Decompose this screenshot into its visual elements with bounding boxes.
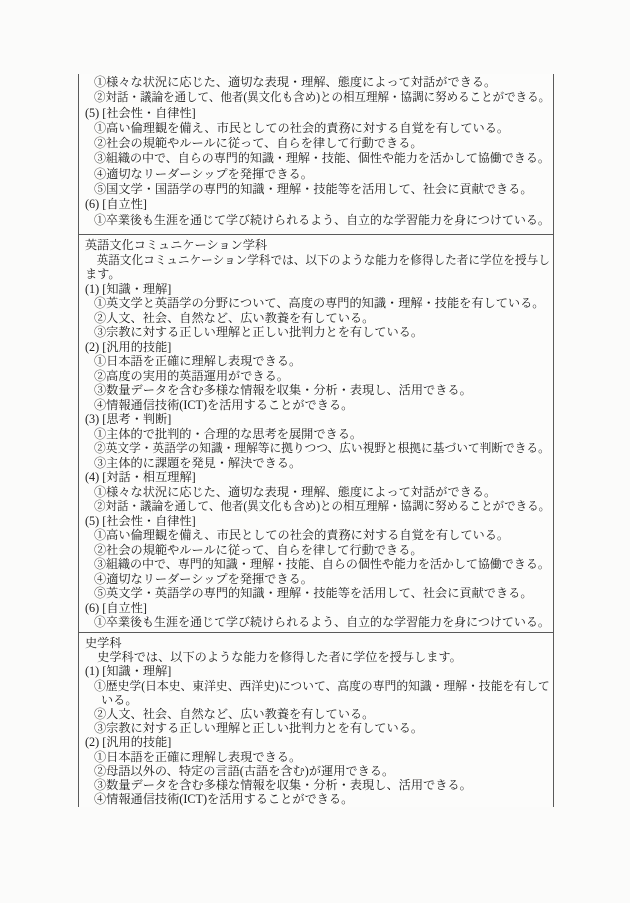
policy-text-line: ③宗教に対する正しい理解と正しい批判力とを有している。 [79,325,553,340]
policy-text: ③数量データを含む多様な情報を収集・分析・表現し、活用できる。 [94,778,472,792]
policy-text-line: ③数量データを含む多様な情報を収集・分析・表現し、活用できる。 [79,383,553,398]
policy-text-line: ①歴史学(日本史、東洋史、西洋史)について、高度の専門的知識・理解・技能を有して [79,679,553,693]
policy-text-line: 史学科 [79,636,553,650]
policy-text-line: ①日本語を正確に理解し表現できる。 [79,354,553,369]
policy-text-line: (1) [知識・理解] [79,664,553,678]
policy-text: (2) [汎用的技能] [85,340,171,355]
policy-text: ①様々な状況に応じた、適切な表現・理解、態度によって対話ができる。 [94,485,496,500]
policy-text: ④情報通信技術(ICT)を活用することができる。 [94,398,353,413]
policy-text: 英語文化コミュニケーション学科では、以下のような能力を修得した者に学位を授与し [85,253,550,268]
policy-section-history: 史学科 史学科では、以下のような能力を修得した者に学位を授与します。(1) [知… [79,633,553,806]
policy-text: ②社会の規範やルールに従って、自らを律して行動できる。 [94,543,423,558]
policy-text: ③数量データを含む多様な情報を収集・分析・表現し、活用できる。 [94,383,472,398]
policy-text: いる。 [101,693,138,707]
policy-text-line: ます。 [79,267,553,282]
policy-text: ②人文、社会、自然など、広い教養を有している。 [94,311,374,326]
policy-text: (4) [対話・相互理解] [85,470,196,485]
policy-text: ③宗教に対する正しい理解と正しい批判力とを有している。 [94,325,423,340]
policy-text-line: ②英文学・英語学の知識・理解等に拠りつつ、広い視野と根拠に基づいて判断できる。 [79,441,553,456]
policy-text: ③宗教に対する正しい理解と正しい批判力とを有している。 [94,721,423,735]
policy-text-line: ②高度の実用的英語運用ができる。 [79,369,553,384]
document-page: ①様々な状況に応じた、適切な表現・理解、態度によって対話ができる。②対話・議論を… [0,0,630,903]
policy-text-line: (6) [自立性] [79,601,553,616]
policy-text: 史学科 [85,636,122,650]
policy-text: ①英文学と英語学の分野について、高度の専門的知識・理解・技能を有している。 [94,296,544,311]
policy-text-line: ④情報通信技術(ICT)を活用することができる。 [79,792,553,806]
policy-text: (6) [自立性] [85,197,147,212]
policy-text-line: ③主体的に課題を発見・解決できる。 [79,456,553,471]
policy-text: 史学科では、以下のような能力を修得した者に学位を授与します。 [85,650,462,664]
policy-text: ②人文、社会、自然など、広い教養を有している。 [94,707,374,721]
policy-text: ④適切なリーダーシップを発揮できる。 [94,167,313,182]
policy-text: (1) [知識・理解] [85,282,171,297]
policy-text: ⑤国文学・国語学の専門的知識・理解・技能等を活用して、社会に貢献できる。 [94,182,533,197]
policy-text: ①様々な状況に応じた、適切な表現・理解、態度によって対話ができる。 [94,75,496,90]
policy-text-line: ③組織の中で、専門的知識・理解・技能、自らの個性や能力を活かして協働できる。 [79,557,553,572]
policy-text: ①主体的で批判的・合理的な思考を展開できる。 [94,427,362,442]
policy-text-line: (6) [自立性] [79,197,553,212]
policy-text-line: ①日本語を正確に理解し表現できる。 [79,750,553,764]
policy-text-line: ①高い倫理観を備え、市民としての社会的責務に対する自覚を有している。 [79,121,553,136]
policy-text: ③組織の中で、自らの専門的知識・理解・技能、個性や能力を活かして協働できる。 [94,151,550,166]
policy-text: 英語文化コミュニケーション学科 [85,238,267,253]
policy-text-line: ①卒業後も生涯を通じて学び続けられるよう、自立的な学習能力を身につけている。 [79,615,553,630]
policy-text-line: ③組織の中で、自らの専門的知識・理解・技能、個性や能力を活かして協働できる。 [79,151,553,166]
policy-text-line: いる。 [79,693,553,707]
policy-text-line: ①主体的で批判的・合理的な思考を展開できる。 [79,427,553,442]
policy-section-english-culture-communication: 英語文化コミュニケーション学科 英語文化コミュニケーション学科では、以下のような… [79,235,553,633]
policy-text: ます。 [85,267,121,282]
policy-text: ①高い倫理観を備え、市民としての社会的責務に対する自覚を有している。 [94,121,509,136]
policy-text: (5) [社会性・自律性] [85,514,196,529]
policy-section-continued: ①様々な状況に応じた、適切な表現・理解、態度によって対話ができる。②対話・議論を… [79,74,553,235]
policy-text-line: (3) [思考・判断] [79,412,553,427]
policy-text-line: ②人文、社会、自然など、広い教養を有している。 [79,311,553,326]
policy-text-line: (5) [社会性・自律性] [79,106,553,121]
policy-text-line: ④情報通信技術(ICT)を活用することができる。 [79,398,553,413]
policy-text: (6) [自立性] [85,601,147,616]
policy-text: (2) [汎用的技能] [85,735,171,749]
policy-text: ④適切なリーダーシップを発揮できる。 [94,572,313,587]
policy-text: ④情報通信技術(ICT)を活用することができる。 [94,792,353,806]
policy-text-line: 史学科では、以下のような能力を修得した者に学位を授与します。 [79,650,553,664]
policy-text: ①日本語を正確に理解し表現できる。 [94,750,301,764]
policy-text: ①高い倫理観を備え、市民としての社会的責務に対する自覚を有している。 [94,528,509,543]
policy-text-line: ①様々な状況に応じた、適切な表現・理解、態度によって対話ができる。 [79,485,553,500]
policy-text-line: ①高い倫理観を備え、市民としての社会的責務に対する自覚を有している。 [79,528,553,543]
policy-text: (3) [思考・判断] [85,412,171,427]
degree-policy-table: ①様々な状況に応じた、適切な表現・理解、態度によって対話ができる。②対話・議論を… [78,74,554,807]
policy-text-line: ④適切なリーダーシップを発揮できる。 [79,572,553,587]
policy-text-line: ⑤国文学・国語学の専門的知識・理解・技能等を活用して、社会に貢献できる。 [79,182,553,197]
policy-text: ②母語以外の、特定の言語(古語を含む)が運用できる。 [94,764,394,778]
policy-text-line: 英語文化コミュニケーション学科 [79,238,553,253]
policy-text-line: ②母語以外の、特定の言語(古語を含む)が運用できる。 [79,764,553,778]
policy-text-line: 英語文化コミュニケーション学科では、以下のような能力を修得した者に学位を授与し [79,253,553,268]
policy-text-line: ③数量データを含む多様な情報を収集・分析・表現し、活用できる。 [79,778,553,792]
policy-text: (1) [知識・理解] [85,664,171,678]
policy-text-line: ①卒業後も生涯を通じて学び続けられるよう、自立的な学習能力を身につけている。 [79,213,553,228]
policy-text: ②英文学・英語学の知識・理解等に拠りつつ、広い視野と根拠に基づいて判断できる。 [94,441,550,456]
policy-text-line: (1) [知識・理解] [79,282,553,297]
policy-text: ①卒業後も生涯を通じて学び続けられるよう、自立的な学習能力を身につけている。 [94,615,550,630]
policy-text-line: ④適切なリーダーシップを発揮できる。 [79,167,553,182]
policy-text-line: ②対話・議論を通して、他者(異文化も含め)との相互理解・協調に努めることができる… [79,90,553,105]
policy-text: ③組織の中で、専門的知識・理解・技能、自らの個性や能力を活かして協働できる。 [94,557,550,572]
policy-text-line: ②社会の規範やルールに従って、自らを律して行動できる。 [79,543,553,558]
policy-text-line: (2) [汎用的技能] [79,735,553,749]
policy-text: ③主体的に課題を発見・解決できる。 [94,456,301,471]
policy-text: ⑤英文学・英語学の専門的知識・理解・技能等を活用して、社会に貢献できる。 [94,586,533,601]
policy-text: ①卒業後も生涯を通じて学び続けられるよう、自立的な学習能力を身につけている。 [94,213,550,228]
policy-text: ①歴史学(日本史、東洋史、西洋史)について、高度の専門的知識・理解・技能を有して [94,679,550,693]
policy-text-line: (4) [対話・相互理解] [79,470,553,485]
policy-text: ②対話・議論を通して、他者(異文化も含め)との相互理解・協調に努めることができる… [94,499,550,514]
policy-text-line: ⑤英文学・英語学の専門的知識・理解・技能等を活用して、社会に貢献できる。 [79,586,553,601]
policy-text-line: ①英文学と英語学の分野について、高度の専門的知識・理解・技能を有している。 [79,296,553,311]
policy-text: (5) [社会性・自律性] [85,106,196,121]
policy-text: ①日本語を正確に理解し表現できる。 [94,354,301,369]
policy-text-line: ②人文、社会、自然など、広い教養を有している。 [79,707,553,721]
policy-text-line: (5) [社会性・自律性] [79,514,553,529]
policy-text: ②高度の実用的英語運用ができる。 [94,369,289,384]
policy-text-line: ①様々な状況に応じた、適切な表現・理解、態度によって対話ができる。 [79,75,553,90]
policy-text-line: ②対話・議論を通して、他者(異文化も含め)との相互理解・協調に努めることができる… [79,499,553,514]
policy-text: ②社会の規範やルールに従って、自らを律して行動できる。 [94,136,423,151]
policy-text-line: (2) [汎用的技能] [79,340,553,355]
policy-text: ②対話・議論を通して、他者(異文化も含め)との相互理解・協調に努めることができる… [94,90,550,105]
policy-text-line: ③宗教に対する正しい理解と正しい批判力とを有している。 [79,721,553,735]
policy-text-line: ②社会の規範やルールに従って、自らを律して行動できる。 [79,136,553,151]
